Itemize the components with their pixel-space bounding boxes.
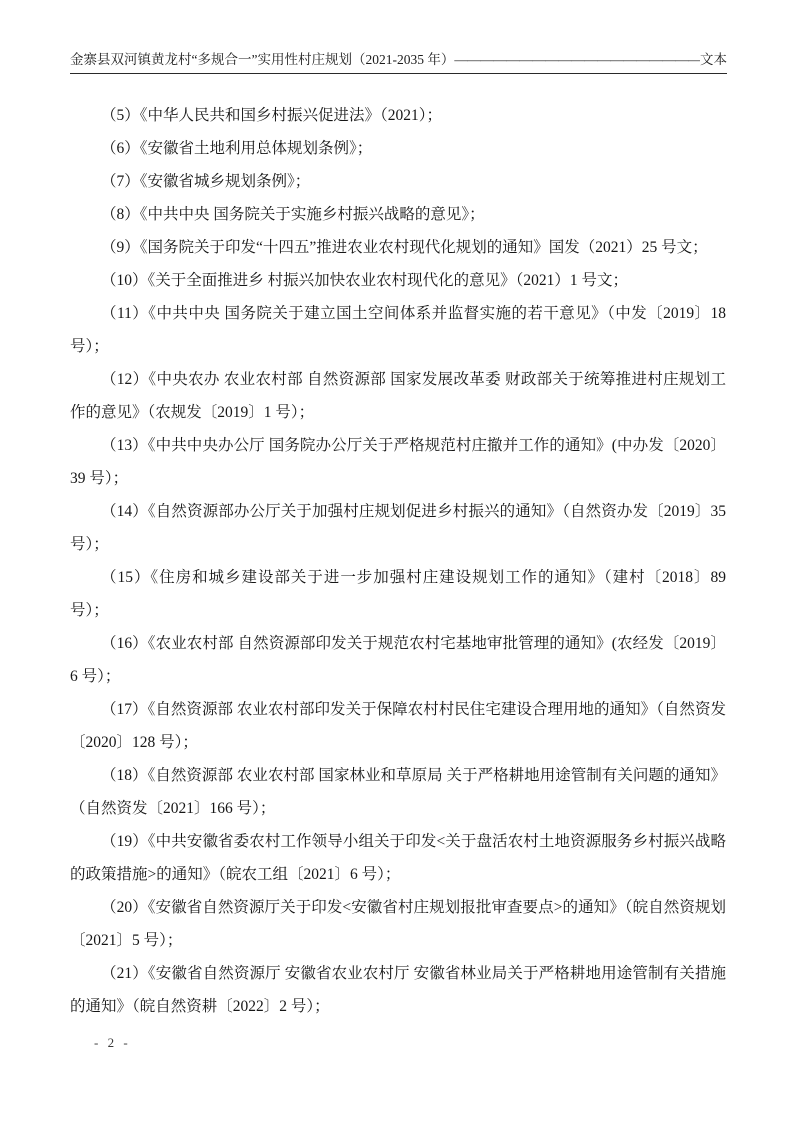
header-dash-rule: —————————————————————— <box>454 50 700 70</box>
list-item: （5）《中华人民共和国乡村振兴促进法》（2021）； <box>70 99 726 132</box>
page-number: - 2 - <box>94 1035 131 1050</box>
page-footer: - 2 - <box>94 1035 131 1051</box>
list-item: （10）《关于全面推进乡 村振兴加快农业农村现代化的意见》（2021）1 号文； <box>70 264 726 297</box>
list-item: （6）《安徽省土地利用总体规划条例》； <box>70 132 726 165</box>
list-item: （21）《安徽省自然资源厅 安徽省农业农村厅 安徽省林业局关于严格耕地用途管制有… <box>70 957 726 1023</box>
list-item: （20）《安徽省自然资源厅关于印发<安徽省村庄规划报批审查要点>的通知》（皖自然… <box>70 891 726 957</box>
header-title: 金寨县双河镇黄龙村“多规合一”实用性村庄规划（2021-2035 年） <box>70 50 454 70</box>
list-item: （7）《安徽省城乡规划条例》； <box>70 165 726 198</box>
list-item: （14）《自然资源部办公厅关于加强村庄规划促进乡村振兴的通知》（自然资办发〔20… <box>70 495 726 561</box>
list-item: （18）《自然资源部 农业农村部 国家林业和草原局 关于严格耕地用途管制有关问题… <box>70 759 726 825</box>
list-item: （9）《国务院关于印发“十四五”推进农业农村现代化规划的通知》国发（2021）2… <box>70 231 726 264</box>
list-item: （12）《中央农办 农业农村部 自然资源部 国家发展改革委 财政部关于统筹推进村… <box>70 363 726 429</box>
page-header: 金寨县双河镇黄龙村“多规合一”实用性村庄规划（2021-2035 年） ————… <box>70 50 727 74</box>
list-item: （13）《中共中央办公厅 国务院办公厅关于严格规范村庄撤并工作的通知》(中办发〔… <box>70 429 726 495</box>
list-item: （11）《中共中央 国务院关于建立国土空间体系并监督实施的若干意见》（中发〔20… <box>70 297 726 363</box>
list-item: （15）《住房和城乡建设部关于进一步加强村庄建设规划工作的通知》（建村〔2018… <box>70 561 726 627</box>
list-item: （8）《中共中央 国务院关于实施乡村振兴战略的意见》； <box>70 198 726 231</box>
list-item: （19）《中共安徽省委农村工作领导小组关于印发<关于盘活农村土地资源服务乡村振兴… <box>70 825 726 891</box>
document-body: （5）《中华人民共和国乡村振兴促进法》（2021）；（6）《安徽省土地利用总体规… <box>70 99 726 1023</box>
list-item: （17）《自然资源部 农业农村部印发关于保障农村村民住宅建设合理用地的通知》（自… <box>70 693 726 759</box>
list-item: （16）《农业农村部 自然资源部印发关于规范农村宅基地审批管理的通知》(农经发〔… <box>70 627 726 693</box>
header-doc-type: 文本 <box>700 50 727 70</box>
document-page: 金寨县双河镇黄龙村“多规合一”实用性村庄规划（2021-2035 年） ————… <box>0 0 793 1122</box>
